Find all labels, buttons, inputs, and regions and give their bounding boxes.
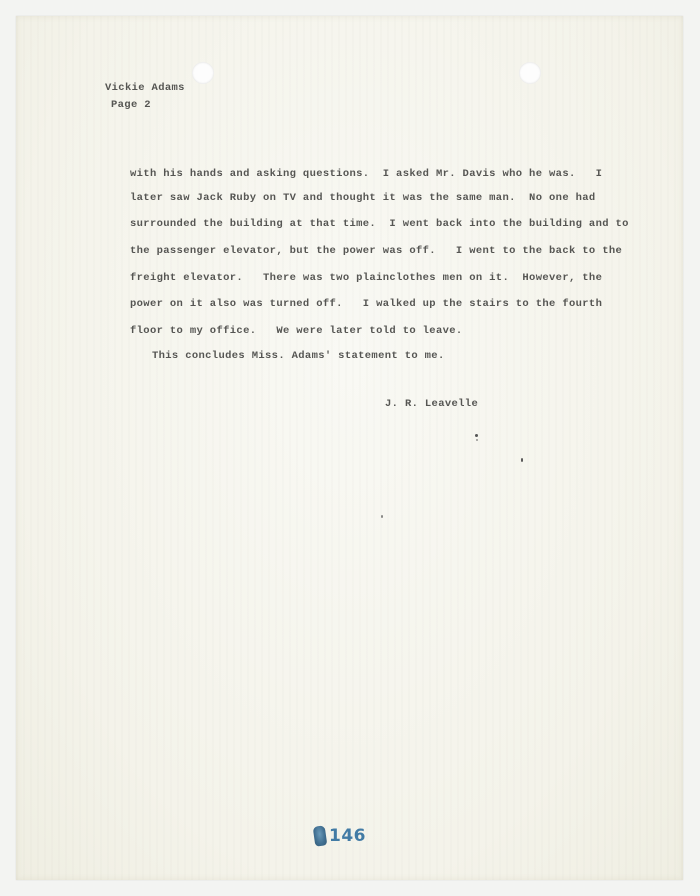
header-name: Vickie Adams — [105, 82, 185, 94]
body-line: with his hands and asking questions. I a… — [130, 168, 602, 180]
ink-speck — [476, 439, 478, 441]
stamp-mark-icon — [313, 825, 328, 846]
punch-hole-right — [519, 62, 541, 84]
body-line: freight elevator. There was two plainclo… — [130, 272, 602, 284]
header-page-number: Page 2 — [111, 99, 151, 111]
signature: J. R. Leavelle — [385, 398, 478, 410]
body-line: power on it also was turned off. I walke… — [130, 298, 602, 310]
archive-stamp: 146 — [314, 826, 366, 846]
stamp-number: 146 — [329, 826, 366, 846]
document-page — [16, 16, 683, 880]
ink-speck — [521, 458, 523, 462]
closing-line: This concludes Miss. Adams' statement to… — [132, 350, 445, 362]
ink-speck — [381, 515, 383, 518]
body-line: the passenger elevator, but the power wa… — [130, 245, 622, 257]
ink-speck — [475, 434, 478, 437]
body-line: later saw Jack Ruby on TV and thought it… — [130, 192, 596, 204]
body-line: surrounded the building at that time. I … — [130, 218, 629, 230]
punch-hole-left — [192, 62, 214, 84]
body-line: floor to my office. We were later told t… — [130, 325, 463, 337]
